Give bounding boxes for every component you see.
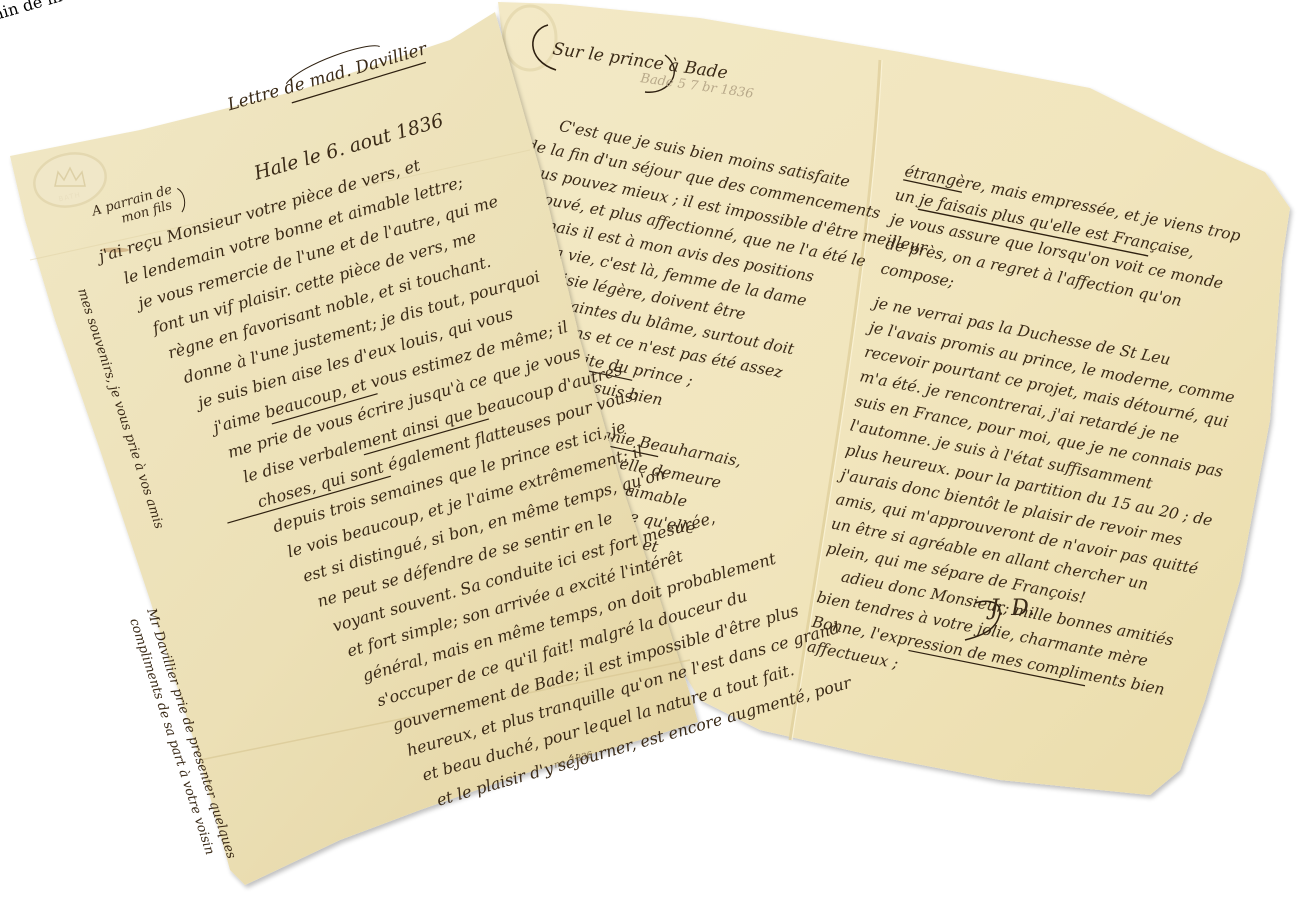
svg-text:A parrain de mon fils: A parrain de mon fils <box>0 0 111 38</box>
manuscript-photo: Sur le prince à Bade Bade 5 7 br 1836 C'… <box>0 0 1300 908</box>
svg-text:J. D.: J. D. <box>986 596 1035 621</box>
